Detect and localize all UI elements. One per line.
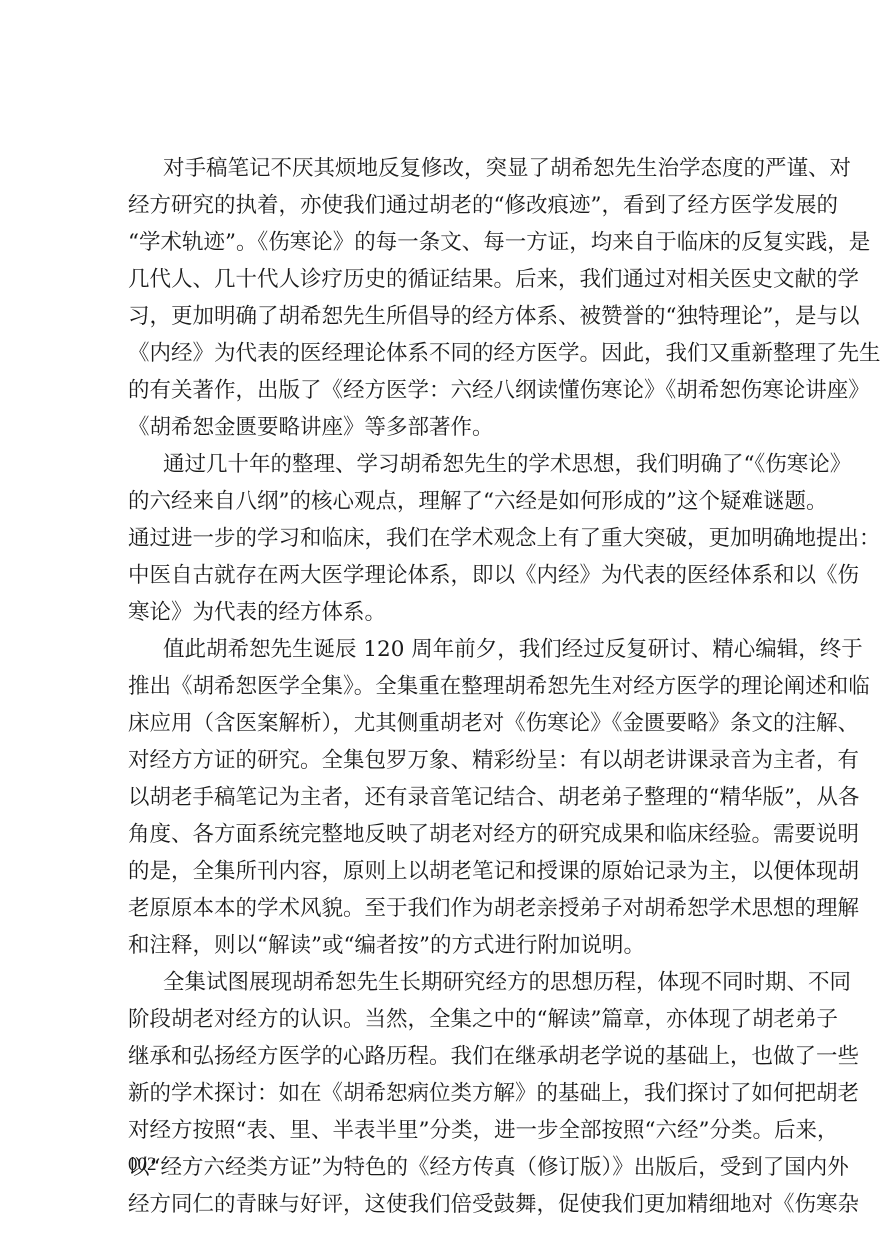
- text-line: 的有关著作，出版了《经方医学：六经八纲读懂伤寒论》《胡希恕伤寒论讲座》: [128, 372, 744, 409]
- text-line: 的是，全集所刊内容，原则上以胡老笔记和授课的原始记录为主，以便体现胡: [128, 853, 744, 890]
- text-line: 推出《胡希恕医学全集》。全集重在整理胡希恕先生对经方医学的理论阐述和临: [128, 668, 744, 705]
- text-line: 的六经来自八纲”的核心观点，理解了“六经是如何形成的”这个疑难谜题。: [128, 483, 744, 520]
- text-line: 全集试图展现胡希恕先生长期研究经方的思想历程，体现不同时期、不同: [128, 964, 744, 1001]
- paragraph-3: 值此胡希恕先生诞辰 120 周年前夕，我们经过反复研讨、精心编辑，终于 推出《胡…: [128, 631, 744, 964]
- page-number: 002: [128, 1154, 157, 1176]
- text-line: 以“经方六经类方证”为特色的《经方传真（修订版）》出版后，受到了国内外: [128, 1149, 744, 1186]
- text-line: 继承和弘扬经方医学的心路历程。我们在继承胡老学说的基础上，也做了一些: [128, 1038, 744, 1075]
- text-line: 新的学术探讨：如在《胡希恕病位类方解》的基础上，我们探讨了如何把胡老: [128, 1075, 744, 1112]
- text-line: 床应用（含医案解析），尤其侧重胡老对《伤寒论》《金匮要略》条文的注解、: [128, 705, 744, 742]
- text-line: 《内经》为代表的医经理论体系不同的经方医学。因此，我们又重新整理了先生: [128, 335, 744, 372]
- text-line: 几代人、几十代人诊疗历史的循证结果。后来，我们通过对相关医史文献的学: [128, 261, 744, 298]
- document-body: 对手稿笔记不厌其烦地反复修改，突显了胡希恕先生治学态度的严谨、对 经方研究的执着…: [128, 150, 744, 1223]
- paragraph-2: 通过几十年的整理、学习胡希恕先生的学术思想，我们明确了“《伤寒论》 的六经来自八…: [128, 446, 744, 631]
- paragraph-4: 全集试图展现胡希恕先生长期研究经方的思想历程，体现不同时期、不同 阶段胡老对经方…: [128, 964, 744, 1223]
- text-line: 值此胡希恕先生诞辰 120 周年前夕，我们经过反复研讨、精心编辑，终于: [128, 631, 744, 668]
- text-line: 经方研究的执着，亦使我们通过胡老的“修改痕迹”，看到了经方医学发展的: [128, 187, 744, 224]
- text-line: 和注释，则以“解读”或“编者按”的方式进行附加说明。: [128, 927, 744, 964]
- text-line: 中医自古就存在两大医学理论体系，即以《内经》为代表的医经体系和以《伤: [128, 557, 744, 594]
- text-line: 阶段胡老对经方的认识。当然，全集之中的“解读”篇章，亦体现了胡老弟子: [128, 1001, 744, 1038]
- text-line: 寒论》为代表的经方体系。: [128, 594, 744, 631]
- text-line: 习，更加明确了胡希恕先生所倡导的经方体系、被赞誉的“独特理论”，是与以: [128, 298, 744, 335]
- text-line: 角度、各方面系统完整地反映了胡老对经方的研究成果和临床经验。需要说明: [128, 816, 744, 853]
- paragraph-1: 对手稿笔记不厌其烦地反复修改，突显了胡希恕先生治学态度的严谨、对 经方研究的执着…: [128, 150, 744, 446]
- text-line: 对手稿笔记不厌其烦地反复修改，突显了胡希恕先生治学态度的严谨、对: [128, 150, 744, 187]
- text-line: 《胡希恕金匮要略讲座》等多部著作。: [128, 409, 744, 446]
- text-line: 以胡老手稿笔记为主者，还有录音笔记结合、胡老弟子整理的“精华版”，从各: [128, 779, 744, 816]
- text-line: “学术轨迹”。《伤寒论》的每一条文、每一方证，均来自于临床的反复实践，是: [128, 224, 744, 261]
- text-line: 老原原本本的学术风貌。至于我们作为胡老亲授弟子对胡希恕学术思想的理解: [128, 890, 744, 927]
- text-line: 经方同仁的青睐与好评，这使我们倍受鼓舞，促使我们更加精细地对《伤寒杂: [128, 1186, 744, 1223]
- text-line: 通过进一步的学习和临床，我们在学术观念上有了重大突破，更加明确地提出：: [128, 520, 744, 557]
- text-line: 通过几十年的整理、学习胡希恕先生的学术思想，我们明确了“《伤寒论》: [128, 446, 744, 483]
- text-line: 对经方按照“表、里、半表半里”分类，进一步全部按照“六经”分类。后来，: [128, 1112, 744, 1149]
- text-line: 对经方方证的研究。全集包罗万象、精彩纷呈：有以胡老讲课录音为主者，有: [128, 742, 744, 779]
